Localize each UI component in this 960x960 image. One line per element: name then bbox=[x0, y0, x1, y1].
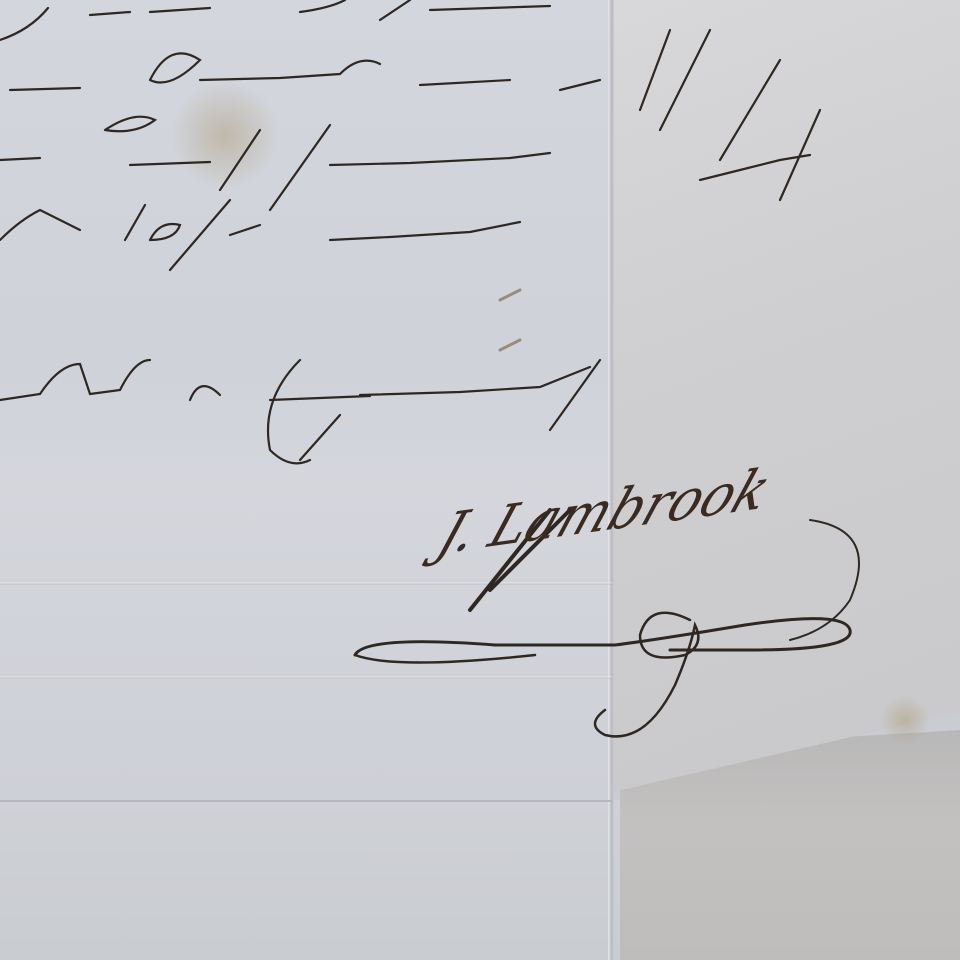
handwriting-strokes bbox=[0, 0, 960, 960]
letter-photo: J. Lambrook 18 sgr …Schmoll & Engebrecht bbox=[0, 0, 960, 960]
